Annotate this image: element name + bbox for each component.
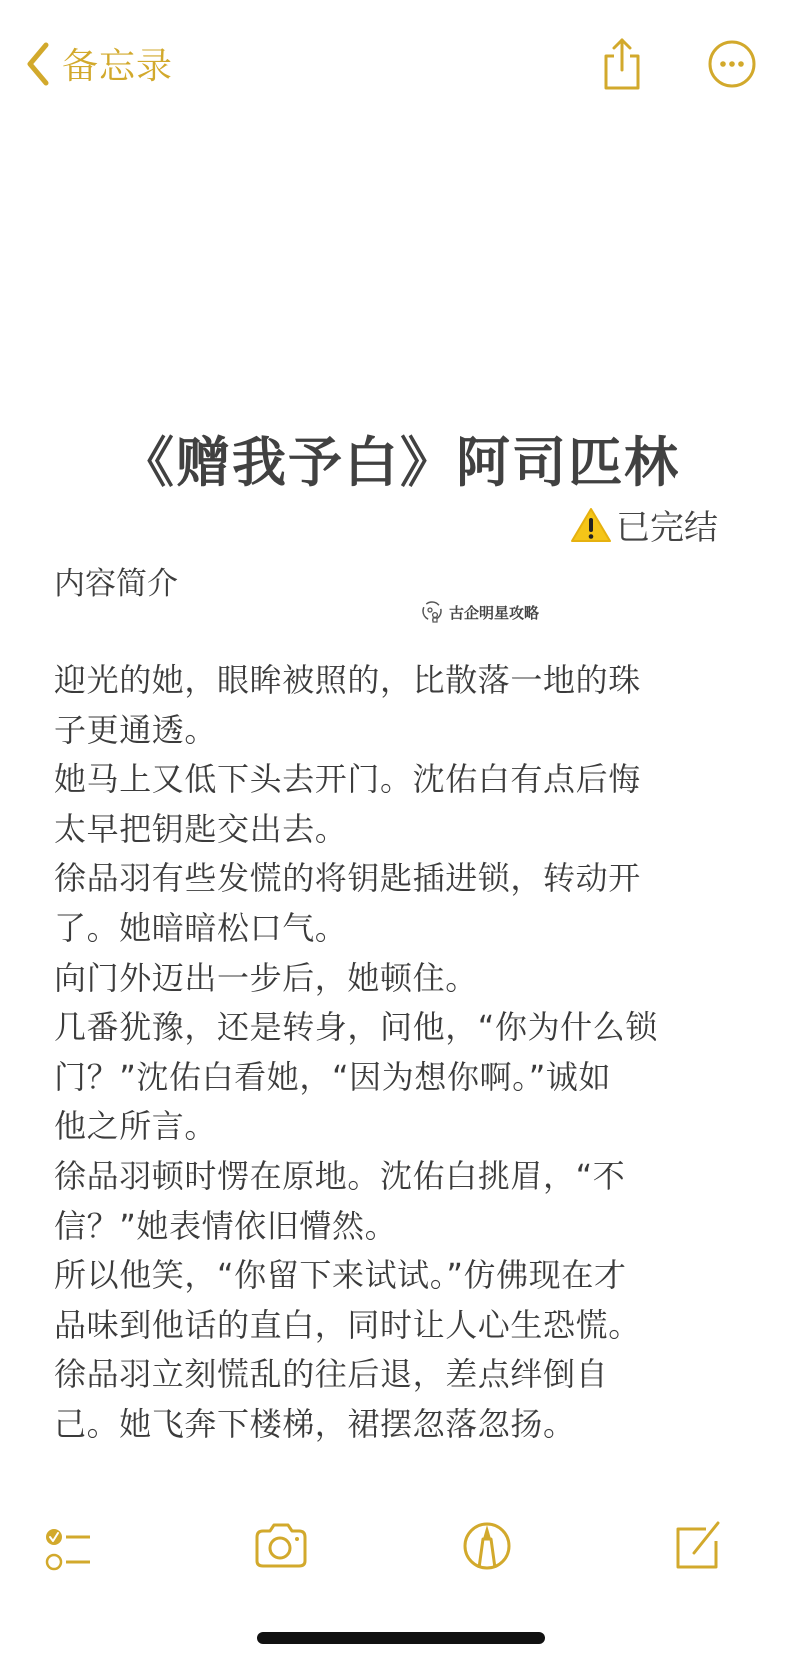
camera-button[interactable] <box>252 1515 312 1575</box>
share-icon <box>596 36 648 92</box>
body-line: 太早把钥匙交出去。 <box>54 805 774 855</box>
body-line: 徐品羽立刻慌乱的往后退，差点绊倒自 <box>54 1350 774 1400</box>
body-line: 所以他笑，“你留下来试试。”仿佛现在才 <box>54 1251 774 1301</box>
body-line: 子更通透。 <box>54 706 774 756</box>
markup-icon <box>457 1515 517 1575</box>
checklist-button[interactable] <box>40 1515 100 1575</box>
ellipsis-circle-icon <box>706 38 758 90</box>
more-button[interactable] <box>706 38 758 94</box>
section-heading: 内容简介 <box>54 558 178 603</box>
body-line: 徐品羽顿时愣在原地。沈佑白挑眉，“不 <box>54 1152 774 1202</box>
compose-button[interactable] <box>668 1515 728 1575</box>
body-line: 信？”她表情依旧懵然。 <box>54 1202 774 1252</box>
body-line: 门？”沈佑白看她，“因为想你啊。”诚如 <box>54 1053 774 1103</box>
chevron-left-icon <box>22 39 52 89</box>
watermark-text: 古企明星攻略 <box>449 602 539 623</box>
checklist-icon <box>40 1515 100 1575</box>
warning-icon <box>570 506 612 544</box>
back-label: 备忘录 <box>62 38 173 89</box>
body-line: 几番犹豫，还是转身，问他，“你为什么锁 <box>54 1003 774 1053</box>
home-indicator[interactable] <box>257 1632 545 1644</box>
navigation-bar: 备忘录 <box>0 0 800 130</box>
status-badge: 已完结 <box>570 500 718 549</box>
body-line: 了。她暗暗松口气。 <box>54 904 774 954</box>
back-button[interactable]: 备忘录 <box>22 38 173 89</box>
note-title: 《赠我予白》阿司匹林 <box>0 420 800 497</box>
camera-icon <box>252 1515 312 1575</box>
status-text: 已完结 <box>616 500 718 549</box>
body-line: 己。她飞奔下楼梯，裙摆忽落忽扬。 <box>54 1400 774 1450</box>
body-line: 徐品羽有些发慌的将钥匙插进锁，转动开 <box>54 854 774 904</box>
share-button[interactable] <box>596 36 648 92</box>
bottom-toolbar <box>0 1515 800 1585</box>
body-line: 他之所言。 <box>54 1102 774 1152</box>
markup-button[interactable] <box>457 1515 517 1575</box>
compose-icon <box>668 1515 728 1575</box>
body-line: 向门外迈出一步后，她顿住。 <box>54 954 774 1004</box>
body-line: 品味到他话的直白，同时让人心生恐慌。 <box>54 1301 774 1351</box>
note-body[interactable]: 迎光的她，眼眸被照的，比散落一地的珠 子更通透。 她马上又低下头去开门。沈佑白有… <box>54 656 774 1450</box>
body-line: 迎光的她，眼眸被照的，比散落一地的珠 <box>54 656 774 706</box>
watermark-logo-icon <box>421 600 445 624</box>
watermark: 古企明星攻略 <box>421 600 539 624</box>
body-line: 她马上又低下头去开门。沈佑白有点后悔 <box>54 755 774 805</box>
